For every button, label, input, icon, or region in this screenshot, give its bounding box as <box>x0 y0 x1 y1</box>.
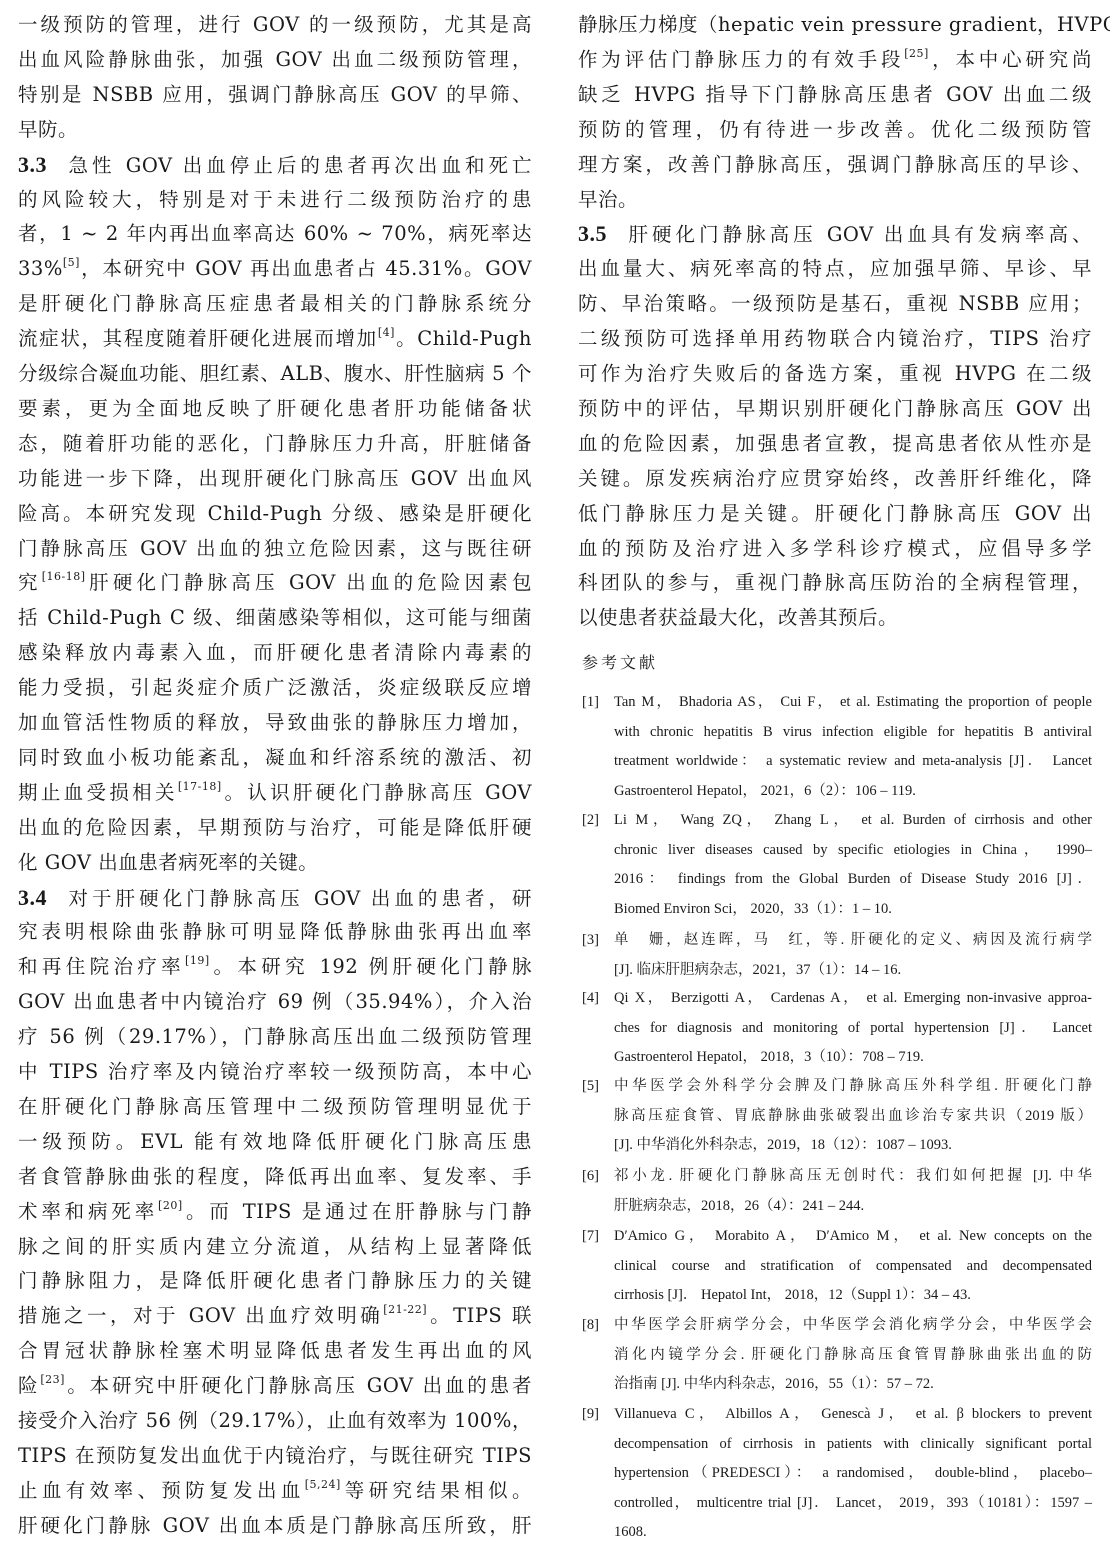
text-line: 作为评估门静脉压力的有效手段[25]，本中心研究尚 <box>578 43 1092 77</box>
citation-superscript: [16-18] <box>42 570 86 583</box>
reference-number: [7] <box>582 1222 599 1251</box>
text-line: 静脉压力梯度（hepatic vein pressure gradient，HV… <box>578 8 1092 42</box>
reference-line: 2016： findings from the Global Burden of… <box>614 865 1092 894</box>
text-line: 出血风险静脉曲张，加强 GOV 出血二级预防管理， <box>18 43 532 77</box>
line-text: 措施之一，对于 GOV 出血疗效明确 <box>18 1304 383 1327</box>
text-line: 以使患者获益最大化，改善其预后。 <box>578 601 1092 635</box>
text-line: 二级预防可选择单用药物联合内镜治疗，TIPS 治疗 <box>578 322 1092 356</box>
line-text: 者食管静脉曲张的程度，降低再出血率、复发率、手 <box>18 1165 532 1188</box>
reference-line: ches for diagnosis and monitoring of por… <box>614 1014 1092 1043</box>
reference-number: [6] <box>582 1162 599 1191</box>
line-text: 出血量大、病死率高的特点，应加强早筛、早诊、早 <box>578 257 1092 280</box>
reference-line: Biomed Environ Sci， 2020，33（1）：1 – 10. <box>614 895 1092 924</box>
reference-line: hypertension（PREDESCI）： a randomised， do… <box>614 1459 1092 1488</box>
text-line: 能力受损，引起炎症介质广泛激活，炎症级联反应增 <box>18 671 532 705</box>
text-line: 险高。本研究发现 Child-Pugh 分级、感染是肝硬化 <box>18 497 532 531</box>
text-line: 态，随着肝功能的恶化，门静脉压力升高，肝脏储备 <box>18 427 532 461</box>
reference-line: [J]. 中华消化外科杂志，2019，18（12）：1087 – 1093. <box>614 1131 1092 1160</box>
text-line: 术率和病死率[20]。而 TIPS 是通过在肝静脉与门静 <box>18 1195 532 1229</box>
section-paragraph-start: 3.3急性 GOV 出血停止后的患者再次出血和死亡 <box>18 148 532 182</box>
text-line: 止血有效率、预防复发出血[5,24]等研究结果相似。 <box>18 1474 532 1508</box>
line-text: 缺乏 HVPG 指导下门静脉高压患者 GOV 出血二级 <box>578 83 1092 106</box>
line-text: 和再住院治疗率 <box>18 955 185 978</box>
reference-line: clinical course and stratification of co… <box>614 1252 1092 1281</box>
reference-number: [3] <box>582 926 599 955</box>
text-line: 功能进一步下降，出现肝硬化门脉高压 GOV 出血风 <box>18 462 532 496</box>
line-text-continued: 。本研究中肝硬化门静脉高压 GOV 出血的患者 <box>65 1374 532 1397</box>
line-text-continued: 肝硬化门静脉高压 GOV 出血的危险因素包 <box>85 571 532 594</box>
citation-superscript: [20] <box>158 1199 183 1212</box>
text-line: 肝硬化门静脉 GOV 出血本质是门静脉高压所致，肝 <box>18 1509 532 1543</box>
section-number: 3.3 <box>18 152 47 177</box>
text-line: 血的预防及治疗进入多学科诊疗模式，应倡导多学 <box>578 532 1092 566</box>
text-line: 科团队的参与，重视门静脉高压防治的全病程管理， <box>578 566 1092 600</box>
citation-superscript: [21-22] <box>383 1303 427 1316</box>
text-line: 关键。原发疾病治疗应贯穿始终，改善肝纤维化，降 <box>578 462 1092 496</box>
reference-line: Gastroenterol Hepatol， 2021，6（2）：106 – 1… <box>614 777 1092 806</box>
text-line: 一级预防。EVL 能有效地降低肝硬化门脉高压患 <box>18 1125 532 1159</box>
text-line: 流症状，其程度随着肝硬化进展而增加[4]。Child-Pugh <box>18 322 532 356</box>
text-line: 门静脉高压 GOV 出血的独立危险因素，这与既往研 <box>18 532 532 566</box>
line-text: 能力受损，引起炎症介质广泛激活，炎症级联反应增 <box>18 676 532 699</box>
reference-number: [4] <box>582 984 599 1013</box>
reference-line: decompensation of cirrhosis in patients … <box>614 1430 1092 1459</box>
line-text: 血的危险因素，加强患者宣教，提高患者依从性亦是 <box>578 432 1092 455</box>
line-text: 肝硬化门静脉高压 GOV 出血具有发病率高、 <box>625 223 1092 246</box>
text-line: 者食管静脉曲张的程度，降低再出血率、复发率、手 <box>18 1160 532 1194</box>
reference-line: controlled， multicentre trial [J]． Lance… <box>614 1489 1092 1518</box>
text-line: 感染释放内毒素入血，而肝硬化患者清除内毒素的 <box>18 636 532 670</box>
reference-line: chronic liver diseases caused by specifi… <box>614 836 1092 865</box>
line-text-continued: 等研究结果相似。 <box>341 1479 532 1502</box>
text-line: 者，1 ~ 2 年内再出血率高达 60% ~ 70%，病死率达 <box>18 217 532 251</box>
text-line: 中 TIPS 治疗率及内镜治疗率较一级预防高，本中心 <box>18 1055 532 1089</box>
text-line: 期止血受损相关[17-18]。认识肝硬化门静脉高压 GOV <box>18 776 532 810</box>
text-line: 防、早治策略。一级预防是基石，重视 NSBB 应用； <box>578 287 1092 321</box>
reference-line: cirrhosis [J]． Hepatol Int， 2018，12（Supp… <box>614 1281 1092 1310</box>
line-text: 险高。本研究发现 Child-Pugh 分级、感染是肝硬化 <box>18 502 532 525</box>
text-line: 加血管活性物质的释放，导致曲张的静脉压力增加， <box>18 706 532 740</box>
text-line: 早治。 <box>578 183 1092 217</box>
text-line: 出血量大、病死率高的特点，应加强早筛、早诊、早 <box>578 252 1092 286</box>
line-text: 要素，更为全面地反映了肝硬化患者肝功能储备状 <box>18 397 532 420</box>
line-text: 同时致血小板功能紊乱，凝血和纤溶系统的激活、初 <box>18 746 532 769</box>
text-line: 脉之间的肝实质内建立分流道，从结构上显著降低 <box>18 1230 532 1264</box>
section-number: 3.4 <box>18 885 47 910</box>
line-text: 低门静脉压力是关键。肝硬化门静脉高压 GOV 出 <box>578 502 1092 525</box>
line-text: 是肝硬化门静脉高压症患者最相关的门静脉系统分 <box>18 292 532 315</box>
reference-line: Gastroenterol Hepatol， 2018，3（10）：708 – … <box>614 1043 1092 1072</box>
line-text-continued: ，本研究中 GOV 再出血患者占 45.31%。GOV <box>80 257 532 280</box>
line-text: 一级预防的管理，进行 GOV 的一级预防，尤其是高 <box>18 13 532 36</box>
text-line: GOV 出血患者中内镜治疗 69 例（35.94%），介入治 <box>18 985 532 1019</box>
line-text: 止血有效率、预防复发出血 <box>18 1479 305 1502</box>
line-text: 关键。原发疾病治疗应贯穿始终，改善肝纤维化，降 <box>578 467 1092 490</box>
line-text: 究 <box>18 571 42 594</box>
line-text: 疗 56 例（29.17%），门静脉高压出血二级预防管理 <box>18 1025 532 1048</box>
reference-number: [8] <box>582 1311 599 1340</box>
line-text: 一级预防。EVL 能有效地降低肝硬化门脉高压患 <box>18 1130 532 1153</box>
reference-line: with chronic hepatitis B virus infection… <box>614 718 1092 747</box>
text-line: 和再住院治疗率[19]。本研究 192 例肝硬化门静脉 <box>18 950 532 984</box>
reference-line: Villanueva C， Albillos A， Genescà J， et … <box>614 1400 1092 1429</box>
text-line: 疗 56 例（29.17%），门静脉高压出血二级预防管理 <box>18 1020 532 1054</box>
text-line: 预防中的评估，早期识别肝硬化门静脉高压 GOV 出 <box>578 392 1092 426</box>
line-text: 理方案，改善门静脉高压，强调门静脉高压的早诊、 <box>578 153 1092 176</box>
references-heading: 参考文献 <box>582 650 658 673</box>
text-line: 预防的管理，仍有待进一步改善。优化二级预防管 <box>578 113 1092 147</box>
text-line: 化 GOV 出血患者病死率的关键。 <box>18 846 532 880</box>
line-text: 门静脉高压 GOV 出血的独立危险因素，这与既往研 <box>18 537 532 560</box>
text-line: 特别是 NSBB 应用，强调门静脉高压 GOV 的早筛、 <box>18 78 532 112</box>
section-number: 3.5 <box>578 221 607 246</box>
line-text: 究表明根除曲张静脉可明显降低静脉曲张再出血率 <box>18 920 532 943</box>
text-line: 可作为治疗失败后的备选方案，重视 HVPG 在二级 <box>578 357 1092 391</box>
citation-superscript: [5] <box>63 256 80 269</box>
line-text: 括 Child-Pugh C 级、细菌感染等相似，这可能与细菌 <box>18 606 532 629</box>
line-text: 作为评估门静脉压力的有效手段 <box>578 48 904 71</box>
citation-superscript: [19] <box>185 954 210 967</box>
line-text: 特别是 NSBB 应用，强调门静脉高压 GOV 的早筛、 <box>18 83 532 106</box>
text-line: 合胃冠状静脉栓塞术明显降低患者发生再出血的风 <box>18 1334 532 1368</box>
reference-line: 肝脏病杂志，2018，26（4）：241 – 244. <box>614 1192 1092 1221</box>
text-line: 早防。 <box>18 113 532 147</box>
text-line: 要素，更为全面地反映了肝硬化患者肝功能储备状 <box>18 392 532 426</box>
line-text: 对于肝硬化门静脉高压 GOV 出血的患者，研 <box>65 887 532 910</box>
line-text-continued: 。TIPS 联 <box>427 1304 532 1327</box>
line-text: 出血风险静脉曲张，加强 GOV 出血二级预防管理， <box>18 48 532 71</box>
line-text: 脉之间的肝实质内建立分流道，从结构上显著降低 <box>18 1235 532 1258</box>
line-text: 流症状，其程度随着肝硬化进展而增加 <box>18 327 378 350</box>
line-text: TIPS 在预防复发出血优于内镜治疗，与既往研究 TIPS <box>18 1444 532 1467</box>
citation-superscript: [23] <box>40 1373 65 1386</box>
text-line: 同时致血小板功能紊乱，凝血和纤溶系统的激活、初 <box>18 741 532 775</box>
reference-line: 1608. <box>614 1518 1092 1547</box>
text-line: 是肝硬化门静脉高压症患者最相关的门静脉系统分 <box>18 287 532 321</box>
text-line: 理方案，改善门静脉高压，强调门静脉高压的早诊、 <box>578 148 1092 182</box>
line-text: 早治。 <box>578 188 638 211</box>
text-line: 一级预防的管理，进行 GOV 的一级预防，尤其是高 <box>18 8 532 42</box>
line-text: 合胃冠状静脉栓塞术明显降低患者发生再出血的风 <box>18 1339 532 1362</box>
reference-line: Qi X， Berzigotti A， Cardenas A， et al. E… <box>614 984 1092 1013</box>
text-line: 低门静脉压力是关键。肝硬化门静脉高压 GOV 出 <box>578 497 1092 531</box>
line-text: 静脉压力梯度（hepatic vein pressure gradient，HV… <box>578 13 1110 36</box>
line-text: 科团队的参与，重视门静脉高压防治的全病程管理， <box>578 571 1092 594</box>
line-text: 33% <box>18 257 63 280</box>
line-text: 在肝硬化门静脉高压管理中二级预防管理明显优于 <box>18 1095 532 1118</box>
line-text: 肝硬化门静脉 GOV 出血本质是门静脉高压所致，肝 <box>18 1514 532 1537</box>
line-text-continued: 。本研究 192 例肝硬化门静脉 <box>210 955 532 978</box>
text-line: 括 Child-Pugh C 级、细菌感染等相似，这可能与细菌 <box>18 601 532 635</box>
reference-line: treatment worldwide： a systematic review… <box>614 747 1092 776</box>
line-text: 以使患者获益最大化，改善其预后。 <box>578 606 898 629</box>
line-text: 险 <box>18 1374 40 1397</box>
line-text: 化 GOV 出血患者病死率的关键。 <box>18 851 318 874</box>
line-text-continued: 。而 TIPS 是通过在肝静脉与门静 <box>183 1200 532 1223</box>
line-text: 加血管活性物质的释放，导致曲张的静脉压力增加， <box>18 711 532 734</box>
line-text: 功能进一步下降，出现肝硬化门脉高压 GOV 出血风 <box>18 467 532 490</box>
line-text: 二级预防可选择单用药物联合内镜治疗，TIPS 治疗 <box>578 327 1092 350</box>
line-text: 急性 GOV 出血停止后的患者再次出血和死亡 <box>65 154 532 177</box>
text-line: 究表明根除曲张静脉可明显降低静脉曲张再出血率 <box>18 915 532 949</box>
line-text: 期止血受损相关 <box>18 781 178 804</box>
reference-line: 中华医学会肝病学分会，中华医学会消化病学分会，中华医学会 <box>614 1311 1092 1340</box>
reference-line: 单 姗，赵连晖，马 红，等. 肝硬化的定义、病因及流行病学 <box>614 926 1092 955</box>
line-text-continued: ，本中心研究尚 <box>929 48 1092 71</box>
line-text: 者，1 ~ 2 年内再出血率高达 60% ~ 70%，病死率达 <box>18 222 532 245</box>
reference-line: 中华医学会外科学分会脾及门静脉高压外科学组. 肝硬化门静 <box>614 1072 1092 1101</box>
line-text: 术率和病死率 <box>18 1200 158 1223</box>
line-text-continued: 。认识肝硬化门静脉高压 GOV <box>222 781 532 804</box>
citation-superscript: [4] <box>378 326 395 339</box>
line-text: 感染释放内毒素入血，而肝硬化患者清除内毒素的 <box>18 641 532 664</box>
reference-line: [J]. 临床肝胆病杂志，2021，37（1）：14 – 16. <box>614 956 1092 985</box>
section-paragraph-start: 3.4对于肝硬化门静脉高压 GOV 出血的患者，研 <box>18 881 532 915</box>
text-line: 险[23]。本研究中肝硬化门静脉高压 GOV 出血的患者 <box>18 1369 532 1403</box>
text-line: TIPS 在预防复发出血优于内镜治疗，与既往研究 TIPS <box>18 1439 532 1473</box>
text-line: 出血的危险因素，早期预防与治疗，可能是降低肝硬 <box>18 811 532 845</box>
reference-line: D′Amico G， Morabito A， D′Amico M， et al.… <box>614 1222 1092 1251</box>
reference-number: [2] <box>582 806 599 835</box>
citation-superscript: [25] <box>904 47 929 60</box>
line-text: 防、早治策略。一级预防是基石，重视 NSBB 应用； <box>578 292 1092 315</box>
line-text: 的风险较大，特别是对于未进行二级预防治疗的患 <box>18 188 532 211</box>
reference-line: 祁小龙. 肝硬化门静脉高压无创时代：我们如何把握 [J]. 中华 <box>614 1162 1092 1191</box>
reference-line: Tan M， Bhadoria AS， Cui F， et al. Estima… <box>614 688 1092 717</box>
line-text: 出血的危险因素，早期预防与治疗，可能是降低肝硬 <box>18 816 532 839</box>
text-line: 缺乏 HVPG 指导下门静脉高压患者 GOV 出血二级 <box>578 78 1092 112</box>
text-line: 门静脉阻力，是降低肝硬化患者门静脉压力的关键 <box>18 1264 532 1298</box>
line-text: GOV 出血患者中内镜治疗 69 例（35.94%），介入治 <box>18 990 532 1013</box>
line-text: 早防。 <box>18 118 78 141</box>
line-text: 态，随着肝功能的恶化，门静脉压力升高，肝脏储备 <box>18 432 532 455</box>
line-text: 接受介入治疗 56 例（29.17%），止血有效率为 100%， <box>18 1409 532 1432</box>
reference-number: [5] <box>582 1072 599 1101</box>
text-line: 究[16-18]肝硬化门静脉高压 GOV 出血的危险因素包 <box>18 566 532 600</box>
text-line: 措施之一，对于 GOV 出血疗效明确[21-22]。TIPS 联 <box>18 1299 532 1333</box>
line-text: 分级综合凝血功能、胆红素、ALB、腹水、肝性脑病 5 个 <box>18 362 532 385</box>
line-text: 中 TIPS 治疗率及内镜治疗率较一级预防高，本中心 <box>18 1060 532 1083</box>
reference-line: 治指南 [J]. 中华内科杂志，2016，55（1）：57 – 72. <box>614 1370 1092 1399</box>
line-text-continued: 。Child-Pugh <box>395 327 532 350</box>
reference-number: [9] <box>582 1400 599 1429</box>
section-paragraph-start: 3.5肝硬化门静脉高压 GOV 出血具有发病率高、 <box>578 217 1092 251</box>
text-line: 的风险较大，特别是对于未进行二级预防治疗的患 <box>18 183 532 217</box>
reference-line: 脉高压症食管、胃底静脉曲张破裂出血诊治专家共识（2019 版） <box>614 1102 1092 1131</box>
citation-superscript: [17-18] <box>178 780 222 793</box>
line-text: 可作为治疗失败后的备选方案，重视 HVPG 在二级 <box>578 362 1092 385</box>
reference-line: 消化内镜学分会. 肝硬化门静脉高压食管胃静脉曲张出血的防 <box>614 1341 1092 1370</box>
citation-superscript: [5,24] <box>305 1478 341 1491</box>
text-line: 血的危险因素，加强患者宣教，提高患者依从性亦是 <box>578 427 1092 461</box>
line-text: 血的预防及治疗进入多学科诊疗模式，应倡导多学 <box>578 537 1092 560</box>
reference-number: [1] <box>582 688 599 717</box>
text-line: 分级综合凝血功能、胆红素、ALB、腹水、肝性脑病 5 个 <box>18 357 532 391</box>
line-text: 预防中的评估，早期识别肝硬化门静脉高压 GOV 出 <box>578 397 1092 420</box>
line-text: 门静脉阻力，是降低肝硬化患者门静脉压力的关键 <box>18 1269 532 1292</box>
reference-line: Li M， Wang ZQ， Zhang L， et al. Burden of… <box>614 806 1092 835</box>
line-text: 预防的管理，仍有待进一步改善。优化二级预防管 <box>578 118 1092 141</box>
text-line: 接受介入治疗 56 例（29.17%），止血有效率为 100%， <box>18 1404 532 1438</box>
text-line: 33%[5]，本研究中 GOV 再出血患者占 45.31%。GOV <box>18 252 532 286</box>
text-line: 在肝硬化门静脉高压管理中二级预防管理明显优于 <box>18 1090 532 1124</box>
